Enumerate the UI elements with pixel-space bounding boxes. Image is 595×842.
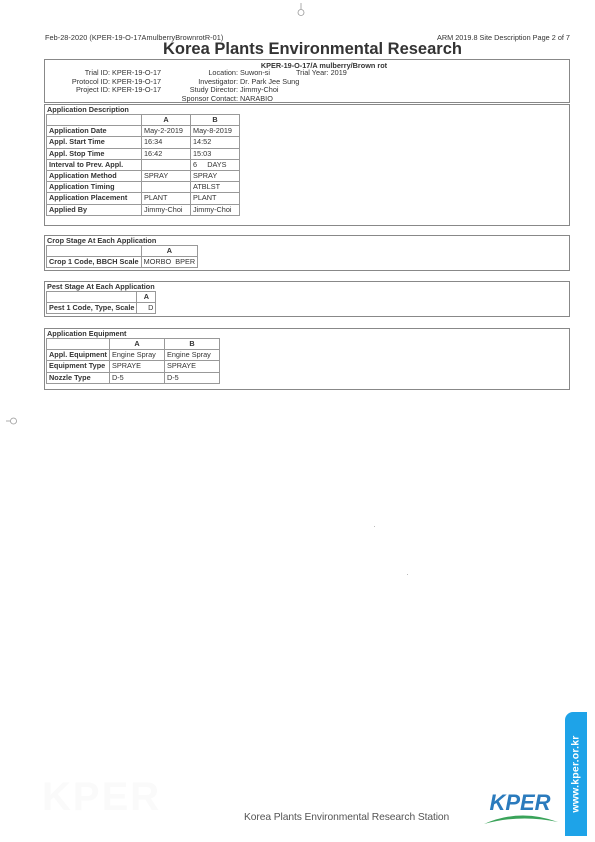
table-row: Equipment TypeSPRAYESPRAYE — [47, 361, 220, 372]
table-row: Appl. EquipmentEngine SprayEngine Spray — [47, 350, 220, 361]
trial-people: Location: Suwon-si Investigator: Dr. Par… — [155, 69, 299, 103]
table-header-row: A — [47, 246, 198, 257]
column-header: B — [191, 115, 240, 126]
column-header: A — [141, 246, 198, 257]
punch-hole-icon — [6, 416, 18, 426]
table-row: Application DateMay-2-2019May-8-2019 — [47, 126, 240, 137]
punch-hole-icon — [297, 3, 305, 17]
trial-info-box: KPER-19-O-17/A mulberry/Brown rot Trial … — [44, 59, 570, 103]
kper-logo-icon: KPER — [480, 788, 560, 828]
application-description-section: Application Description A B Application … — [44, 104, 570, 226]
table-header-row: A — [47, 292, 156, 303]
scan-speck — [374, 526, 375, 527]
sponsor-contact-row: Sponsor Contact: NARABIO — [155, 95, 299, 104]
crop-stage-section: Crop Stage At Each Application A Crop 1 … — [44, 235, 570, 271]
column-header: B — [164, 339, 219, 350]
table-header-row: A B — [47, 115, 240, 126]
table-row: Applied ByJimmy-ChoiJimmy-Choi — [47, 204, 240, 215]
application-description-table: A B Application DateMay-2-2019May-8-2019… — [46, 114, 240, 216]
table-row: Appl. Start Time16:3414:52 — [47, 137, 240, 148]
column-header: A — [142, 115, 191, 126]
svg-text:KPER: KPER — [489, 790, 550, 815]
trial-year-row: Trial Year: 2019 — [296, 69, 347, 78]
pest-stage-section: Pest Stage At Each Application A Pest 1 … — [44, 281, 570, 317]
application-equipment-table: A B Appl. EquipmentEngine SprayEngine Sp… — [46, 338, 220, 384]
section-title: Crop Stage At Each Application — [47, 236, 156, 245]
pest-stage-table: A Pest 1 Code, Type, ScaleD — [46, 291, 156, 314]
table-row: Application TimingATBLST — [47, 182, 240, 193]
section-title: Pest Stage At Each Application — [47, 282, 155, 291]
section-title: Application Equipment — [47, 329, 126, 338]
station-name: Korea Plants Environmental Research Stat… — [244, 812, 449, 823]
page-title: Korea Plants Environmental Research — [0, 40, 595, 59]
table-row: Pest 1 Code, Type, ScaleD — [47, 303, 156, 314]
table-row: Appl. Stop Time16:4215:03 — [47, 148, 240, 159]
website-tab[interactable]: www.kper.or.kr — [565, 712, 587, 836]
column-header: A — [137, 292, 156, 303]
trial-ids: Trial ID: KPER-19-O-17 Protocol ID: KPER… — [49, 69, 161, 95]
watermark: KPER — [42, 775, 161, 820]
table-row: Application MethodSPRAYSPRAY — [47, 170, 240, 181]
application-equipment-section: Application Equipment A B Appl. Equipmen… — [44, 328, 570, 390]
section-title: Application Description — [47, 105, 129, 114]
table-row: Application PlacementPLANTPLANT — [47, 193, 240, 204]
table-row: Interval to Prev. Appl.6 DAYS — [47, 159, 240, 170]
website-url[interactable]: www.kper.or.kr — [570, 735, 582, 812]
table-row: Nozzle TypeD-5D-5 — [47, 372, 220, 383]
column-header: A — [109, 339, 164, 350]
project-id-row: Project ID: KPER-19-O-17 — [49, 86, 161, 95]
scan-speck — [407, 574, 408, 575]
table-header-row: A B — [47, 339, 220, 350]
crop-stage-table: A Crop 1 Code, BBCH ScaleMORBO BPER — [46, 245, 198, 268]
table-row: Crop 1 Code, BBCH ScaleMORBO BPER — [47, 257, 198, 268]
